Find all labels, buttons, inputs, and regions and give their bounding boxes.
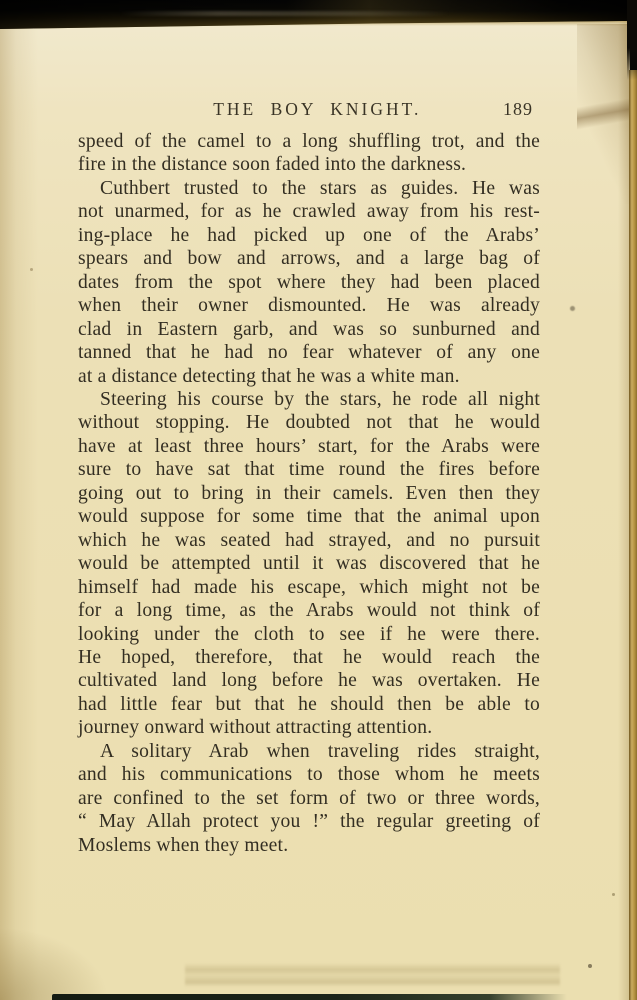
text-line: sure to have sat that time round the fir… xyxy=(78,458,540,481)
page-edge xyxy=(629,70,637,1000)
text-line: would suppose for some time that the ani… xyxy=(78,505,540,528)
book-scan: THE BOY KNIGHT. 189 speed of the camel t… xyxy=(0,0,637,1000)
page-running-header: THE BOY KNIGHT. 189 xyxy=(78,99,540,121)
text-line: dates from the spot where they had been … xyxy=(78,271,540,294)
text-line: have at least three hours’ start, for th… xyxy=(78,435,540,458)
text-line: and his communications to those whom he … xyxy=(78,763,540,786)
text-line: looking under the cloth to see if he wer… xyxy=(78,623,540,646)
paper-speck xyxy=(30,268,33,271)
text-line: at a distance detecting that he was a wh… xyxy=(78,365,540,388)
paper-speck xyxy=(588,964,592,968)
bottom-edge-shadow xyxy=(52,994,567,1000)
body-text: speed of the camel to a long shuffling t… xyxy=(78,130,540,857)
text-line: Moslems when they meet. xyxy=(78,834,540,857)
text-line: ing-place he had picked up one of the Ar… xyxy=(78,224,540,247)
text-line: tanned that he had no fear whatever of a… xyxy=(78,341,540,364)
text-line: when their owner dismounted. He was alre… xyxy=(78,294,540,317)
paper-speck xyxy=(612,893,615,896)
header-title: THE BOY KNIGHT. xyxy=(213,99,421,120)
text-line: A solitary Arab when traveling rides str… xyxy=(78,740,540,763)
text-line: would be attempted until it was discover… xyxy=(78,552,540,575)
text-line: not unarmed, for as he crawled away from… xyxy=(78,200,540,223)
paper-speck xyxy=(570,306,575,311)
text-line: are confined to the set form of two or t… xyxy=(78,787,540,810)
bottom-fold-band xyxy=(185,963,560,987)
page-corner-crease xyxy=(577,24,629,204)
text-line: speed of the camel to a long shuffling t… xyxy=(78,130,540,153)
text-line: Cuthbert trusted to the stars as guides.… xyxy=(78,177,540,200)
text-line: fire in the distance soon faded into the… xyxy=(78,153,540,176)
page-number: 189 xyxy=(503,99,533,120)
text-line: spears and bow and arrows, and a large b… xyxy=(78,247,540,270)
binding-corner xyxy=(627,0,637,80)
text-line: without stopping. He doubted not that he… xyxy=(78,411,540,434)
text-line: journey onward without attracting attent… xyxy=(78,716,540,739)
text-line: clad in Eastern garb, and was so sunburn… xyxy=(78,318,540,341)
text-line: cultivated land long before he was overt… xyxy=(78,669,540,692)
paragraph: speed of the camel to a long shuffling t… xyxy=(78,130,540,177)
text-line: for a long time, as the Arabs would not … xyxy=(78,599,540,622)
paragraph: A solitary Arab when traveling rides str… xyxy=(78,740,540,857)
text-line: had little fear but that he should then … xyxy=(78,693,540,716)
binding-highlight xyxy=(120,11,450,16)
text-line: going out to bring in their camels. Even… xyxy=(78,482,540,505)
text-line: himself had made his escape, which might… xyxy=(78,576,540,599)
text-line: Steering his course by the stars, he rod… xyxy=(78,388,540,411)
text-line: “ May Allah protect you !” the regular g… xyxy=(78,810,540,833)
text-line: which he was seated had strayed, and no … xyxy=(78,529,540,552)
text-line: He hoped, therefore, that he would reach… xyxy=(78,646,540,669)
paragraph: Steering his course by the stars, he rod… xyxy=(78,388,540,740)
paragraph: Cuthbert trusted to the stars as guides.… xyxy=(78,177,540,388)
